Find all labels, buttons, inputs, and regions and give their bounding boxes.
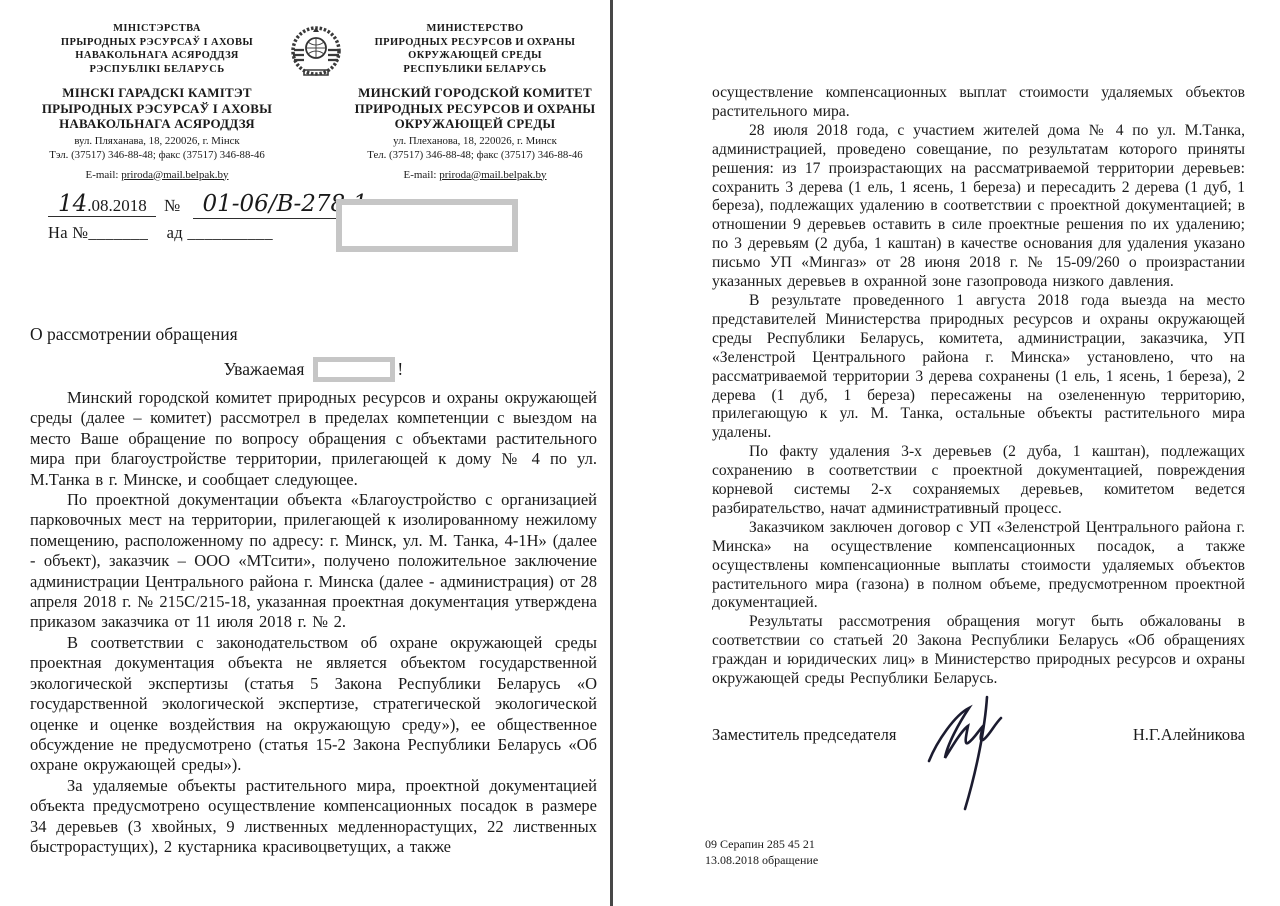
incoming-reference-line: На №_______ ад __________: [48, 223, 373, 243]
paragraph: По проектной документации объекта «Благо…: [30, 490, 597, 633]
signatory-name: Н.Г.Алейникова: [1133, 725, 1245, 745]
address-by: вул. Пляханава, 18, 220026, г. Мінск Тэл…: [26, 134, 288, 162]
executor-note: 09 Серапин 285 45 21 13.08.2018 обращени…: [705, 836, 818, 868]
paragraph-continuation: осуществление компенсационных выплат сто…: [712, 84, 1245, 122]
ad-blank: __________: [187, 223, 273, 242]
signatory-position-title: Заместитель председателя: [712, 725, 896, 745]
letterhead-belarusian: МІНІСТЭРСТВА ПРЫРОДНЫХ РЭСУРСАЎ І АХОВЫ …: [26, 22, 288, 181]
paragraph: По факту удаления 3-х деревьев (2 дуба, …: [712, 443, 1245, 519]
letter-page-1: МІНІСТЭРСТВА ПРЫРОДНЫХ РЭСУРСАЎ І АХОВЫ …: [0, 0, 610, 906]
coat-of-arms-icon: [290, 24, 342, 85]
ministry-name-by: МІНІСТЭРСТВА ПРЫРОДНЫХ РЭСУРСАЎ І АХОВЫ …: [26, 22, 288, 76]
letterhead: МІНІСТЭРСТВА ПРЫРОДНЫХ РЭСУРСАЎ І АХОВЫ …: [26, 22, 606, 181]
paragraph: 28 июля 2018 года, с участием жителей до…: [712, 122, 1245, 292]
salutation-line: Уважаемая!: [30, 357, 597, 382]
paragraph: В соответствии с законодательством об ох…: [30, 633, 597, 776]
paragraph: Заказчиком заключен договор с УП «Зеленс…: [712, 519, 1245, 614]
paragraph: За удаляемые объекты растительного мира,…: [30, 776, 597, 858]
email-line-by: E-mail: priroda@mail.belpak.by: [26, 169, 288, 181]
letterhead-russian: МИНИСТЕРСТВО ПРИРОДНЫХ РЕСУРСОВ И ОХРАНЫ…: [344, 22, 606, 181]
paragraph: В результате проведенного 1 августа 2018…: [712, 292, 1245, 443]
address-ru: ул. Плеханова, 18, 220026, г. Минск Тел.…: [344, 134, 606, 162]
salutation-prefix: Уважаемая: [224, 359, 305, 379]
redaction-box-address: [336, 199, 518, 252]
salutation-suffix: !: [397, 359, 403, 379]
ministry-name-ru: МИНИСТЕРСТВО ПРИРОДНЫХ РЕСУРСОВ И ОХРАНЫ…: [344, 22, 606, 76]
letter-body-page-1: Минский городской комитет природных ресу…: [30, 388, 597, 857]
email-line-ru: E-mail: priroda@mail.belpak.by: [344, 169, 606, 181]
email-address-ru: priroda@mail.belpak.by: [439, 169, 546, 181]
committee-name-by: МІНСКІ ГАРАДСКІ КАМІТЭТ ПРЫРОДНЫХ РЭСУРС…: [26, 85, 288, 132]
outgoing-date-handwritten: 14: [58, 191, 87, 217]
outgoing-reference-block: 14.08.2018 № 01-06/В-278-1 На №_______ а…: [48, 194, 373, 243]
email-label-ru: E-mail:: [403, 169, 436, 181]
number-sign: №: [164, 196, 180, 215]
outgoing-date-number-line: 14.08.2018 № 01-06/В-278-1: [48, 194, 373, 216]
paragraph: Минский городской комитет природных ресу…: [30, 388, 597, 490]
email-label-by: E-mail:: [85, 169, 118, 181]
committee-name-ru: МИНСКИЙ ГОРОДСКОЙ КОМИТЕТ ПРИРОДНЫХ РЕСУ…: [344, 85, 606, 132]
paragraph: Результаты рассмотрения обращения могут …: [712, 613, 1245, 689]
letter-body-page-2: осуществление компенсационных выплат сто…: [712, 84, 1245, 689]
signature-icon: [917, 695, 1037, 818]
letter-page-2: осуществление компенсационных выплат сто…: [613, 0, 1280, 906]
ref-label: На №: [48, 223, 88, 242]
outgoing-date-printed: .08.2018: [87, 196, 147, 215]
ref-blank: _______: [88, 223, 148, 242]
subject-line: О рассмотрении обращения: [30, 324, 238, 345]
email-address-by: priroda@mail.belpak.by: [121, 169, 228, 181]
ad-label: ад: [167, 223, 183, 242]
redaction-box-name: [313, 357, 395, 382]
signature-block: Заместитель председателя Н.Г.Алейникова: [712, 695, 1245, 815]
